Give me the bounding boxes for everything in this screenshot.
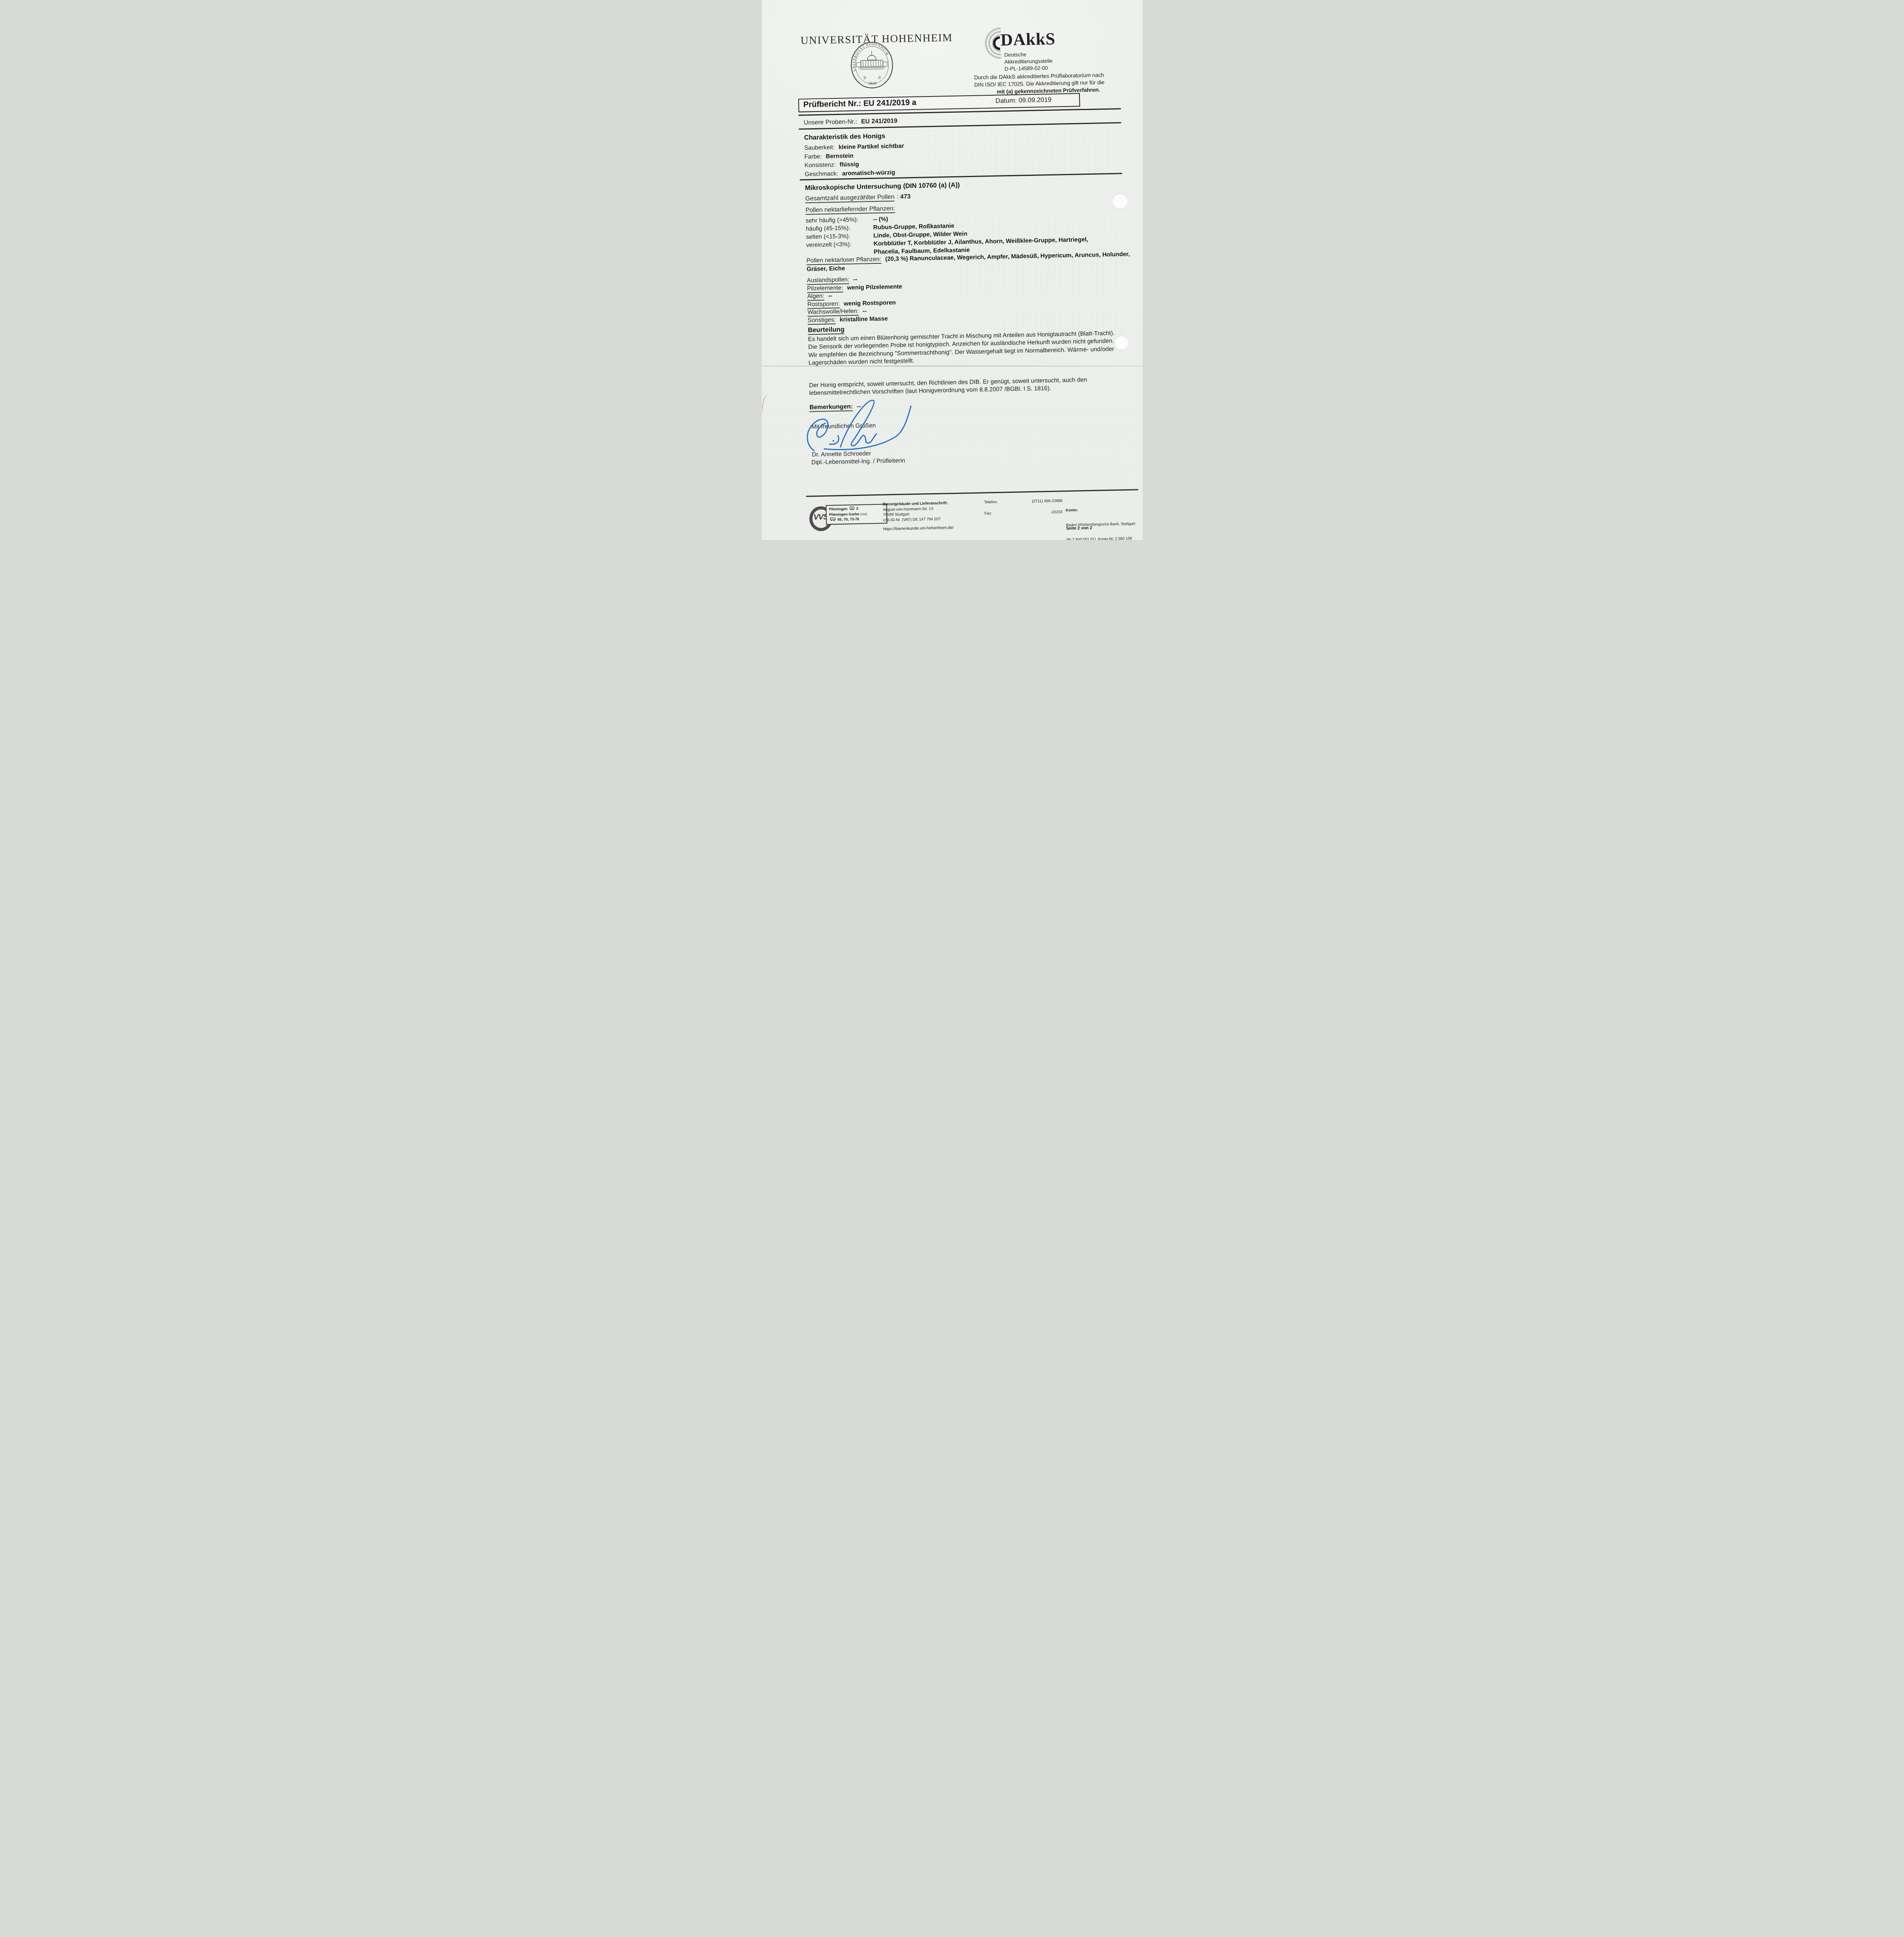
assessment-heading: Beurteilung bbox=[807, 326, 844, 334]
characteristic-value: Bernstein bbox=[825, 153, 853, 160]
vvs-stop-name: Plieningen Garbe bbox=[829, 512, 859, 517]
phone-value: (0711) 459-23866 bbox=[1032, 498, 1062, 504]
dakks-org-block: Deutsche Akkreditierungsstelle D-PL-1458… bbox=[1004, 51, 1053, 72]
pollen-total-value: 473 bbox=[900, 193, 911, 200]
sample-number-value: EU 241/2019 bbox=[861, 118, 897, 125]
vvs-tram-number: 3 bbox=[856, 507, 858, 511]
microscopy-heading: Mikroskopische Untersuchung (DIN 10760 (… bbox=[805, 181, 960, 192]
extra-label: Sonstiges: bbox=[807, 317, 836, 325]
bank-line: (BLZ 600 501 01) Konto-Nr. 2 560 108 bbox=[1066, 537, 1142, 540]
characteristic-value: kleine Partikel sichtbar bbox=[838, 143, 904, 150]
characteristic-label: Farbe: bbox=[804, 153, 821, 160]
report-number-label: Prüfbericht Nr.: bbox=[803, 99, 861, 109]
report-date: Datum: 09.09.2019 bbox=[995, 96, 1052, 105]
sample-number: Unsere Proben-Nr.: EU 241/2019 bbox=[804, 118, 897, 127]
vvs-bus-numbers: 65, 70, 73-76 bbox=[837, 517, 859, 522]
report-date-value: 09.09.2019 bbox=[1018, 96, 1051, 104]
phone-label: Telefon: bbox=[984, 500, 997, 505]
extra-label: Algen: bbox=[807, 293, 824, 301]
pollen-total: Gesamtzahl ausgezählter Pollen: 473 bbox=[805, 193, 911, 202]
dakks-logo-text: DAkkS bbox=[1000, 29, 1055, 50]
document-content: UNIVERSITÄT HOHENHEIM UNIVERSITÄT HOHENH… bbox=[762, 0, 1143, 540]
footer-contact: Telefon: (0711) 459-23866 Fax: -22233 bbox=[984, 498, 1062, 516]
bus-icon bbox=[830, 517, 835, 523]
extra-value: -- bbox=[862, 308, 867, 315]
vvs-stop-name: Plieningen bbox=[829, 507, 847, 512]
paper-crease bbox=[762, 366, 1143, 366]
report-date-label: Datum: bbox=[995, 97, 1017, 105]
nectar-pollen-heading: Pollen nektarliefernder Pflanzen: bbox=[805, 205, 895, 214]
nectarless-pollen-label: Pollen nektarloser Pflanzen: bbox=[806, 256, 881, 265]
assessment-heading-label: Beurteilung bbox=[807, 326, 844, 335]
footer-address: Dienstgebäude und Lieferanschrift: Augus… bbox=[882, 501, 948, 523]
fax-label: Fax: bbox=[984, 511, 992, 516]
extra-label: Auslandspollen: bbox=[807, 276, 849, 285]
pollen-total-label: Gesamtzahl ausgezählter Pollen bbox=[805, 194, 895, 203]
extra-value: kristalline Masse bbox=[840, 315, 888, 323]
frequency-label: vereinzelt (<3%): bbox=[806, 240, 874, 257]
compliance-paragraph: Der Honig entspricht, soweit untersucht,… bbox=[809, 375, 1121, 397]
fax-value: -22233 bbox=[1050, 509, 1062, 515]
vvs-line-bus: 65, 70, 73-76 bbox=[829, 516, 884, 523]
characteristics-list: Sauberkeit: kleine Partikel sichtbar Far… bbox=[804, 142, 904, 179]
characteristics-heading: Charakteristik des Honigs bbox=[804, 132, 885, 141]
characteristic-value: flüssig bbox=[839, 161, 859, 168]
colon: : bbox=[897, 194, 899, 200]
accreditation-note: Durch die DAkkS akkreditiertes Prüflabor… bbox=[974, 71, 1122, 96]
extra-value: wenig Rostsporen bbox=[844, 299, 896, 307]
dakks-accreditation-number: D-PL-14589-02-00 bbox=[1004, 65, 1053, 72]
extra-label: Rostsporen: bbox=[807, 301, 840, 309]
tram-icon bbox=[849, 506, 854, 512]
extra-row: Sonstiges: kristalline Masse bbox=[807, 315, 903, 325]
punch-hole bbox=[1112, 193, 1128, 210]
page-indicator: Seite 2 von 2 bbox=[1066, 526, 1092, 531]
characteristic-label: Sauberkeit: bbox=[804, 144, 835, 151]
report-number-value: EU 241/2019 a bbox=[863, 98, 916, 108]
university-seal-icon: UNIVERSITÄT HOHENHEIM 1818 bbox=[849, 41, 895, 91]
address-line: USt-ID-Nr. (VAT) DE 147 794 207 bbox=[883, 516, 948, 523]
fax-row: Fax: -22233 bbox=[984, 509, 1062, 516]
bank-heading: Konto: bbox=[1066, 507, 1143, 513]
extra-value: -- bbox=[828, 292, 832, 299]
phone-row: Telefon: (0711) 459-23866 bbox=[984, 498, 1062, 505]
characteristic-label: Geschmack: bbox=[804, 170, 838, 177]
characteristic-value: aromatisch-würzig bbox=[842, 169, 895, 177]
extra-value: wenig Pilzelemente bbox=[847, 283, 902, 291]
scanned-report-page: UNIVERSITÄT HOHENHEIM UNIVERSITÄT HOHENH… bbox=[762, 0, 1143, 540]
footer-divider bbox=[806, 489, 1138, 497]
seal-year: 1818 bbox=[868, 81, 876, 86]
extra-value: -- bbox=[853, 276, 857, 283]
vvs-stop-suffix: (Uni) bbox=[860, 513, 867, 516]
footer-bank: Konto: Baden-Württembergische Bank, Stut… bbox=[1065, 497, 1142, 540]
dakks-arcs-icon bbox=[971, 24, 1002, 64]
punch-hole bbox=[1114, 335, 1129, 350]
pollen-frequency-table: sehr häufig (>45%): -- (%) häufig (45-15… bbox=[806, 211, 1105, 257]
sample-number-label: Unsere Proben-Nr.: bbox=[804, 119, 857, 126]
extra-label: Pilzelemente: bbox=[807, 284, 843, 293]
vvs-transit-box: Plieningen 3 Plieningen Garbe (Uni) 65, … bbox=[826, 504, 887, 525]
signer-name: Dr. Annette Schroeder bbox=[812, 450, 871, 458]
characteristic-label: Konsistenz: bbox=[804, 162, 835, 169]
nectar-pollen-heading-label: Pollen nektarliefernder Pflanzen: bbox=[805, 205, 895, 215]
website-url: https://bienenkunde.uni-hohenheim.de/ bbox=[883, 525, 954, 532]
signer-title: Dipl.-Lebensmittel-Ing. / Prüfleiterin bbox=[811, 458, 905, 466]
assessment-paragraph: Es handelt sich um einen Blütenhonig gem… bbox=[808, 329, 1118, 367]
microscopy-extra-list: Auslandspollen: -- Pilzelemente: wenig P… bbox=[807, 275, 903, 325]
